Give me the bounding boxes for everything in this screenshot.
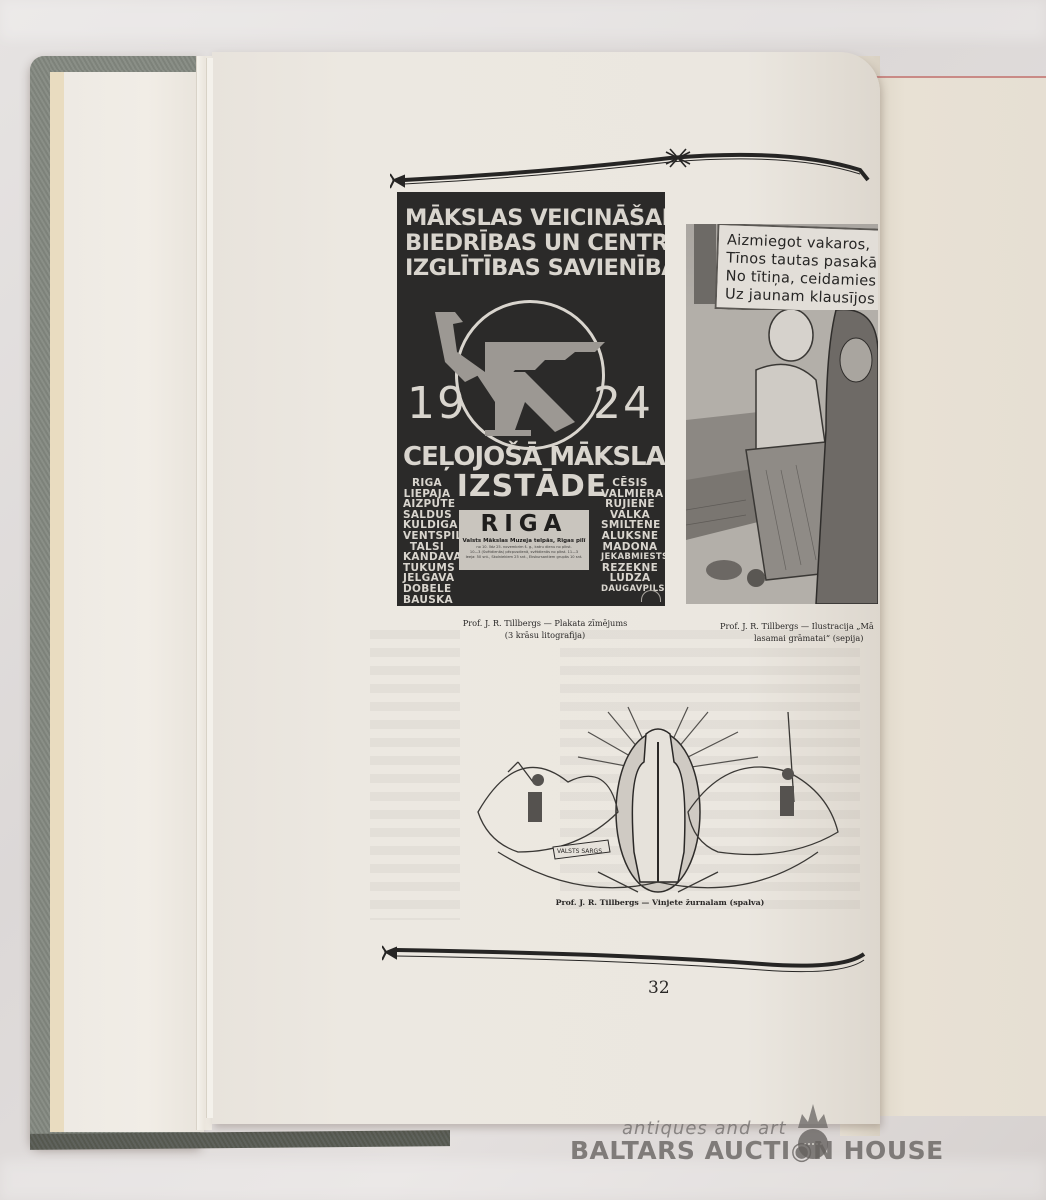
poster-title-line1: CEĻOJOŠĀ MĀKSLAS	[403, 442, 661, 472]
poster-header-line: MĀKSLAS VEICINĀŠANAS	[405, 206, 657, 231]
poster-cities-left: RIGA LIEPAJA AIZPUTE SALDUS KULDIGA VENT…	[403, 478, 451, 605]
watermark-brand: BALTARS AUCTI◉N HOUSE	[570, 1136, 944, 1165]
verse-banner: Aizmiegot vakaros, Tīnos tautas pasakās …	[715, 224, 878, 315]
riga-fine-print: Ieeja: 50 snt., Skolniekiem 25 snt., Eks…	[459, 555, 589, 560]
poster-caption: Prof. J. R. Tillbergs — Plakata zīmējums…	[420, 617, 670, 641]
riga-subtitle: Valsts Mākslas Muzeja telpās, Rīgas pilī	[459, 538, 589, 545]
poster-riga-box: RIGA Valsts Mākslas Muzeja telpās, Rīgas…	[459, 510, 589, 570]
caption-line: Prof. J. R. Tillbergs — Ilustracija „Mā	[700, 620, 880, 632]
caption-line: lasamai grāmatai“ (sepija)	[700, 632, 880, 644]
illustration-caption: Prof. J. R. Tillbergs — Ilustracija „Mā …	[700, 620, 880, 644]
vignette-engraving: VALSTS SARGS	[458, 702, 848, 898]
city-name: LUDZA	[601, 573, 659, 584]
city-name: ALUKSNE	[601, 531, 659, 542]
cloth-background-bottom	[0, 1160, 1046, 1200]
poster-header: MĀKSLAS VEICINĀŠANAS BIEDRĪBAS un CENTRĀ…	[405, 206, 657, 281]
wooden-post	[694, 224, 716, 304]
book-cover-bottom-edge	[30, 1130, 450, 1150]
poster-cities-right: CĒSIS VALMIERA RUJIENE VALKA SMILTENE AL…	[601, 478, 659, 595]
exhibition-poster: MĀKSLAS VEICINĀŠANAS BIEDRĪBAS un CENTRĀ…	[397, 192, 665, 606]
vignette-ribbon-text: VALSTS SARGS	[557, 848, 602, 855]
city-name: BAUSKA	[403, 595, 451, 606]
right-page	[870, 76, 1046, 1116]
caption-line: Prof. J. R. Tillbergs — Plakata zīmējums	[420, 617, 670, 629]
figures-drawing	[686, 310, 878, 604]
poster-header-line: IZGLĪTĪBAS SAVIENĪBAS	[405, 256, 657, 281]
endpaper	[50, 72, 64, 1132]
city-name: RIGA	[403, 478, 451, 489]
bottom-ornamental-rule	[382, 940, 882, 990]
sepia-illustration: Aizmiegot vakaros, Tīnos tautas pasakās …	[686, 224, 878, 604]
verse-text: Aizmiegot vakaros, Tīnos tautas pasakās …	[725, 231, 878, 309]
cloth-background	[0, 0, 1046, 40]
city-name: CĒSIS	[601, 478, 659, 489]
poster-year-left: 19	[407, 378, 467, 429]
caption-line: (3 krāsu litografija)	[420, 629, 670, 641]
book-cover-top	[50, 56, 200, 70]
left-blank-page	[64, 72, 204, 1132]
poster-year-right: 24	[593, 378, 653, 429]
top-ornamental-rule	[390, 140, 890, 196]
vignette-caption: Prof. J. R. Tillbergs — Vinjete žurnalam…	[540, 897, 780, 909]
city-name: MADONA	[601, 542, 659, 553]
page-number: 32	[648, 978, 670, 998]
city-name: VENTSPILS	[403, 531, 451, 542]
poster-header-line: BIEDRĪBAS un CENTRĀLĀS	[405, 231, 657, 256]
city-name: DOBELE	[403, 584, 451, 595]
riga-title: RIGA	[459, 510, 589, 538]
show-through-text-left	[370, 630, 460, 920]
